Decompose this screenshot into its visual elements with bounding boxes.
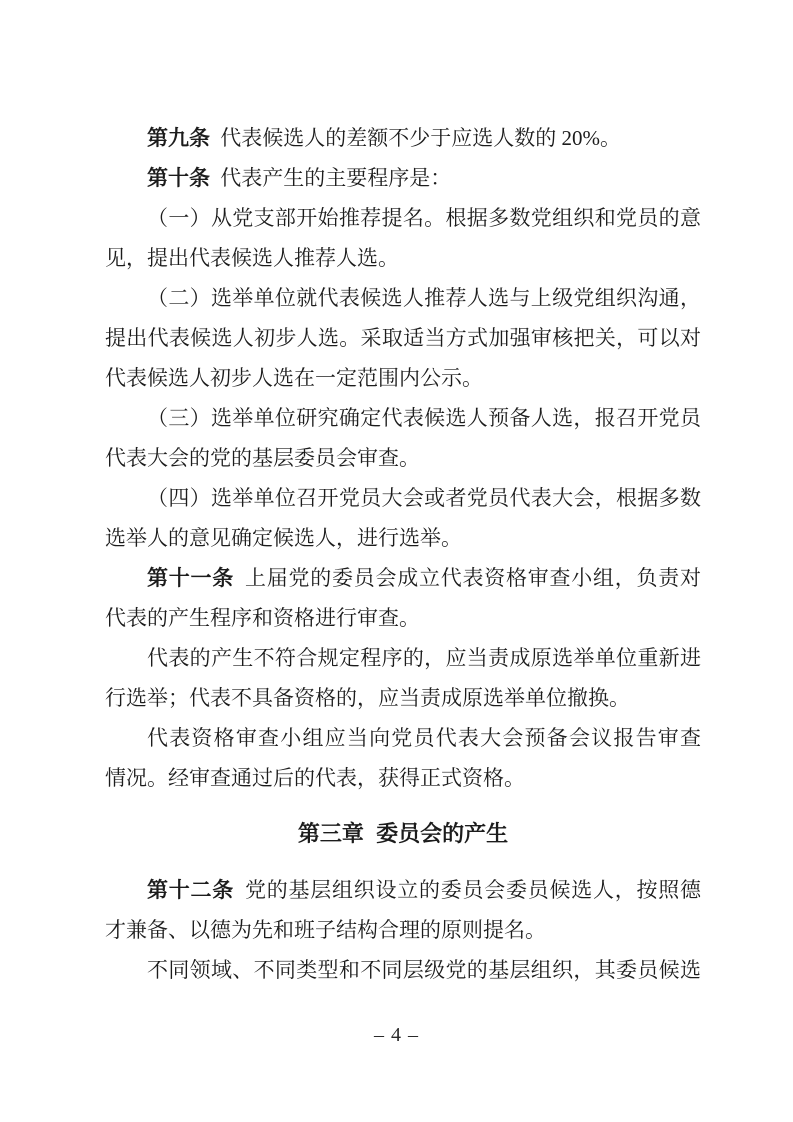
- text-line: 选举人的意见确定候选人，进行选举。: [105, 518, 701, 558]
- text-line: 代表大会的党的基层委员会审查。: [105, 438, 701, 478]
- text-line: 见，提出代表候选人推荐人选。: [105, 238, 701, 278]
- text-line: 第十二条 党的基层组织设立的委员会委员候选人，按照德: [105, 870, 701, 910]
- text-line: 第十条 代表产生的主要程序是：: [105, 158, 701, 198]
- line-text: 代表产生的主要程序是：: [215, 166, 451, 190]
- page-number: – 4 –: [0, 1024, 793, 1047]
- text-line: （三）选举单位研究确定代表候选人预备人选，报召开党员: [105, 398, 701, 438]
- chapter-heading: 第三章 委员会的产生: [105, 814, 701, 854]
- article-number-label: 第十条: [147, 167, 210, 190]
- line-text: 代表候选人的差额不少于应选人数的 20%。: [215, 126, 621, 150]
- text-line: （四）选举单位召开党员大会或者党员代表大会，根据多数: [105, 478, 701, 518]
- text-line: 不同领域、不同类型和不同层级党的基层组织，其委员候选: [105, 950, 701, 990]
- text-line: 代表的产生程序和资格进行审查。: [105, 598, 701, 638]
- article-number-label: 第十二条: [147, 879, 234, 902]
- article-number-label: 第九条: [147, 127, 210, 150]
- text-line: 代表资格审查小组应当向党员代表大会预备会议报告审查: [105, 718, 701, 758]
- line-text: 党的基层组织设立的委员会委员候选人，按照德: [239, 878, 701, 902]
- document-body: 第九条 代表候选人的差额不少于应选人数的 20%。 第十条 代表产生的主要程序是…: [105, 118, 701, 990]
- document-page: 第九条 代表候选人的差额不少于应选人数的 20%。 第十条 代表产生的主要程序是…: [0, 0, 793, 1122]
- text-line: 才兼备、以德为先和班子结构合理的原则提名。: [105, 910, 701, 950]
- line-text: 上届党的委员会成立代表资格审查小组，负责对: [239, 566, 701, 590]
- text-line: 提出代表候选人初步人选。采取适当方式加强审核把关，可以对: [105, 318, 701, 358]
- article-number-label: 第十一条: [147, 567, 234, 590]
- text-line: 行选举；代表不具备资格的，应当责成原选举单位撤换。: [105, 678, 701, 718]
- text-line: （二）选举单位就代表候选人推荐人选与上级党组织沟通，: [105, 278, 701, 318]
- text-line: 代表的产生不符合规定程序的，应当责成原选举单位重新进: [105, 638, 701, 678]
- text-line: 情况。经审查通过后的代表，获得正式资格。: [105, 758, 701, 798]
- text-line: 代表候选人初步人选在一定范围内公示。: [105, 358, 701, 398]
- text-line: 第九条 代表候选人的差额不少于应选人数的 20%。: [105, 118, 701, 158]
- text-line: （一）从党支部开始推荐提名。根据多数党组织和党员的意: [105, 198, 701, 238]
- text-line: 第十一条 上届党的委员会成立代表资格审查小组，负责对: [105, 558, 701, 598]
